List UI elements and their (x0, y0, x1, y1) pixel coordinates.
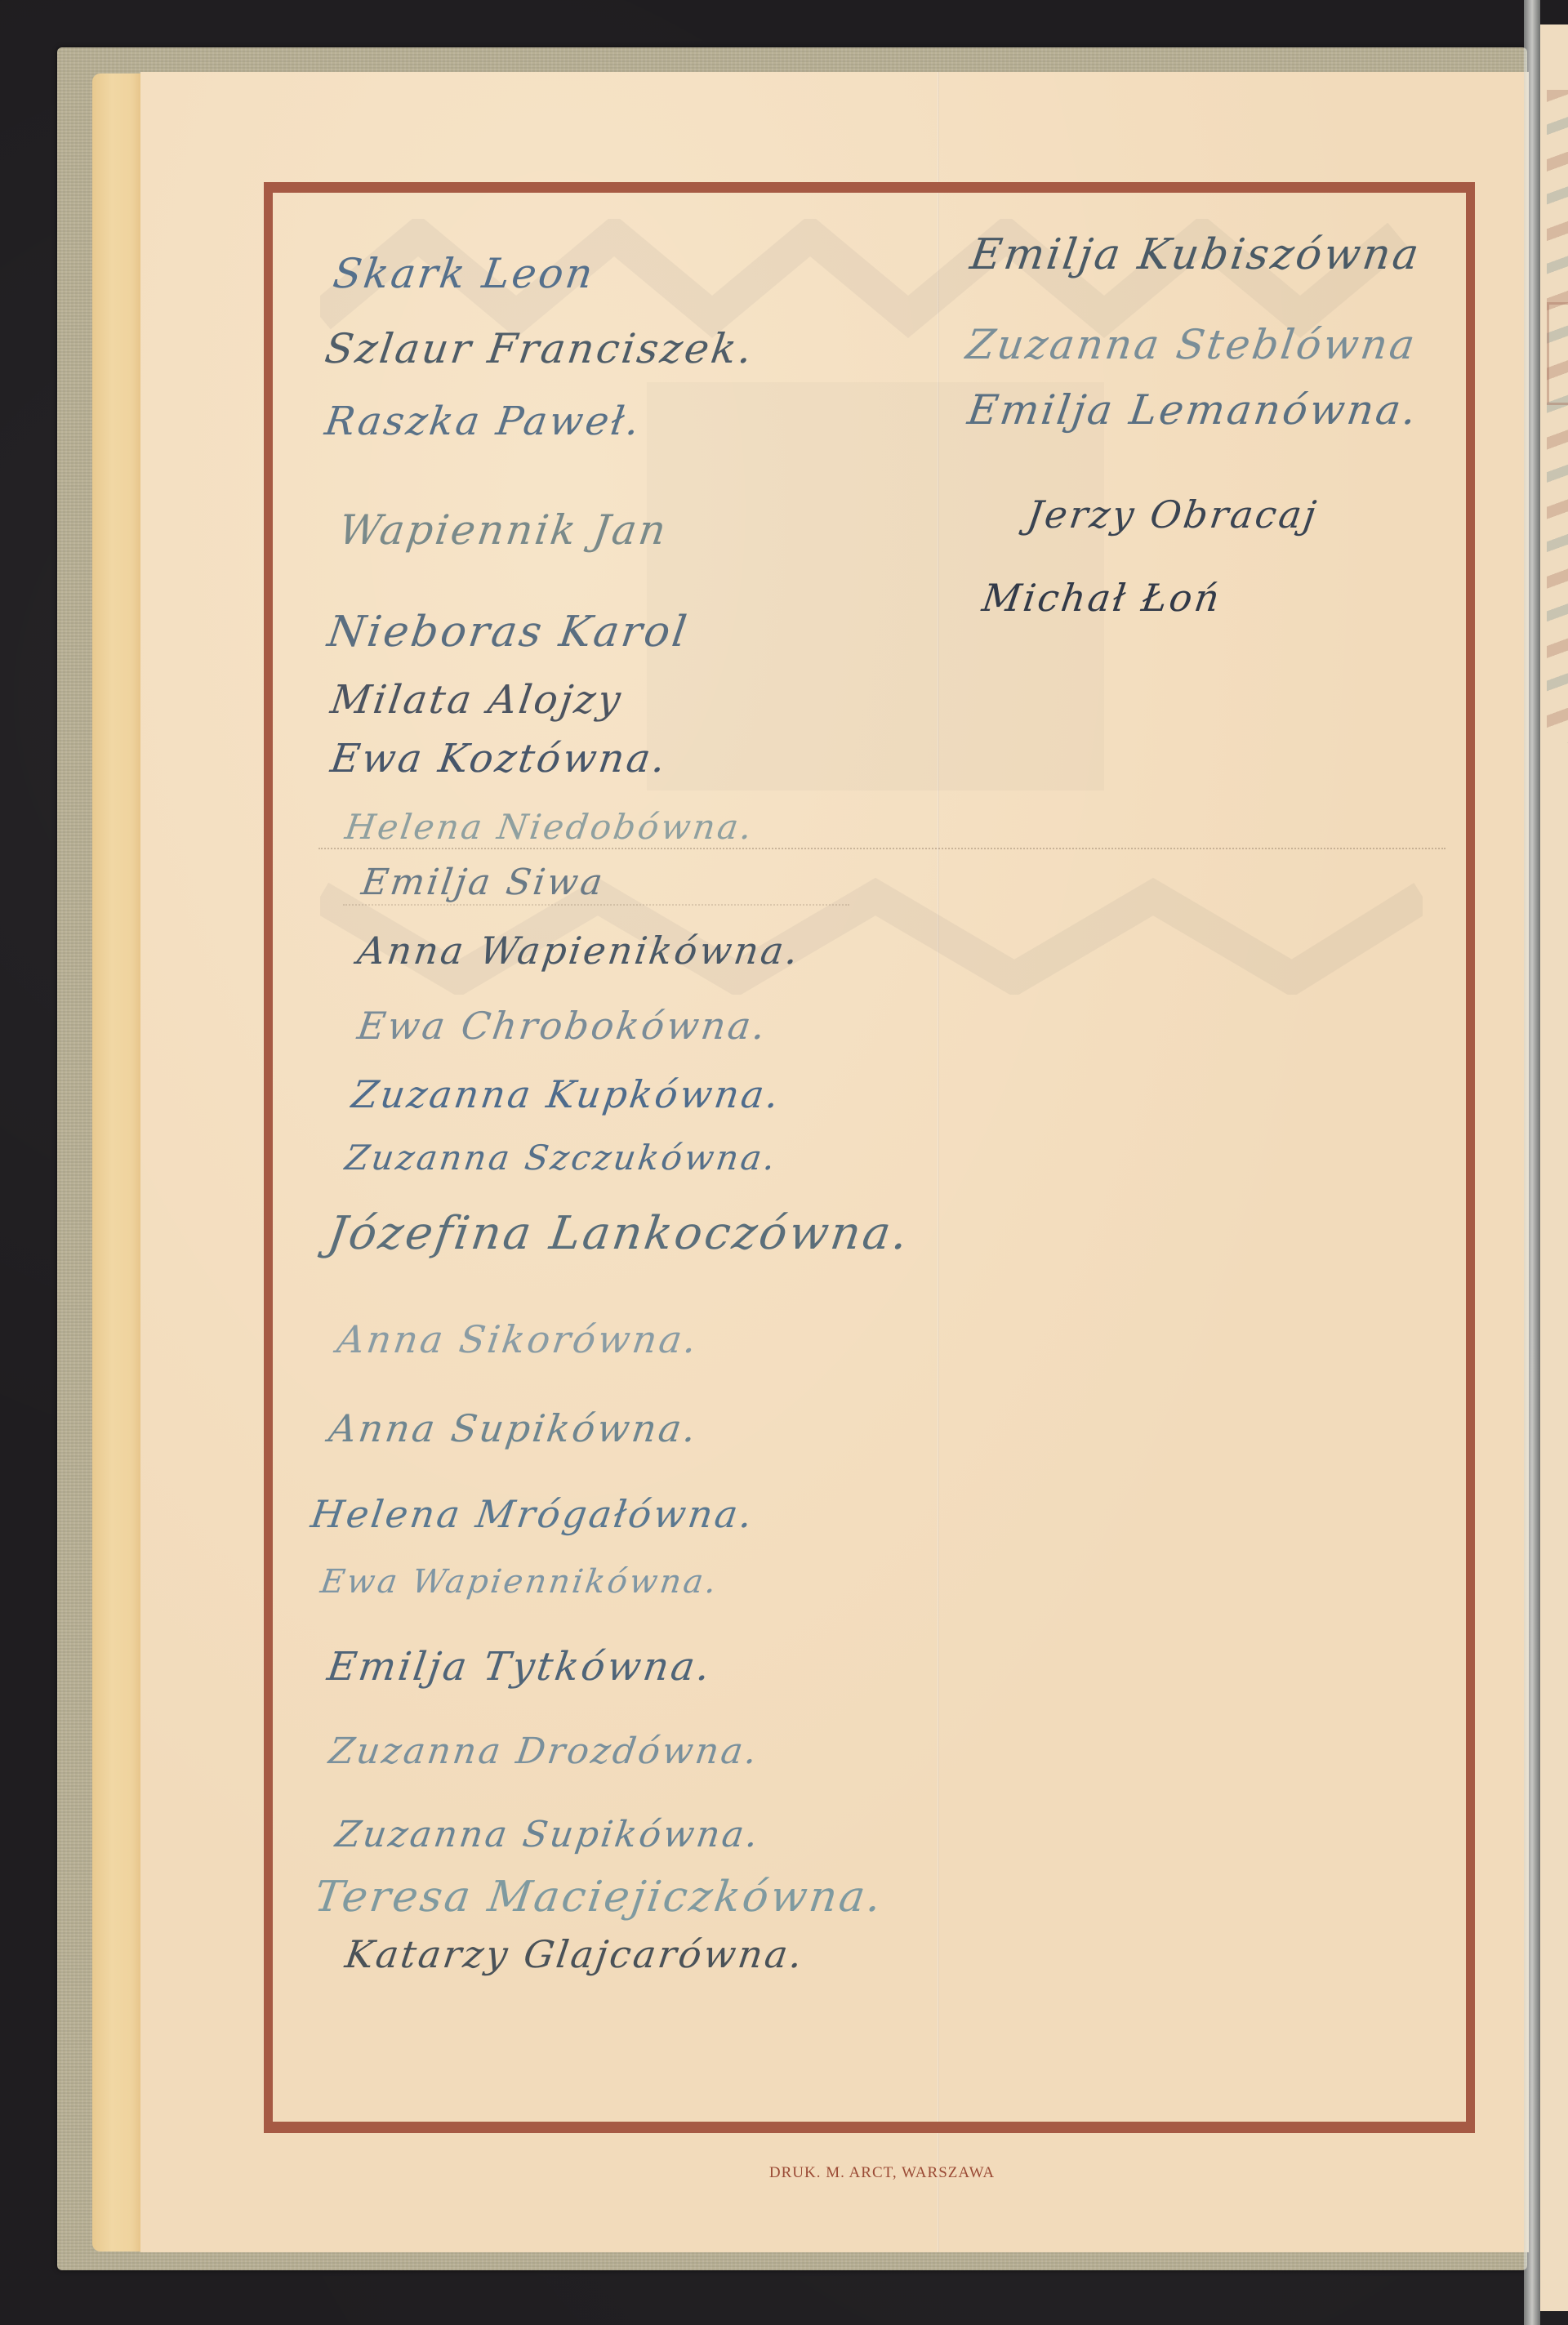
handwritten-name: Raszka Paweł. (323, 402, 644, 441)
adjacent-page-text-boxes (1547, 302, 1568, 405)
adjacent-page-ornament (1547, 90, 1568, 743)
handwritten-name: Emilja Siwa (359, 865, 607, 901)
handwritten-name: Zuzanna Steblówna (964, 324, 1419, 365)
handwritten-name: Zuzanna Drozdówna. (327, 1734, 761, 1770)
handwritten-name: Skark Leon (331, 253, 598, 294)
handwritten-name: Szlaur Franciszek. (323, 328, 757, 369)
page-edges (92, 73, 141, 2252)
handwritten-name: Anna Sikorówna. (335, 1321, 702, 1358)
handwritten-name: Emilja Tytkówna. (325, 1647, 715, 1686)
handwritten-name: Jerzy Obracaj (1025, 496, 1321, 533)
handwritten-name: Nieboras Karol (325, 611, 692, 653)
handwritten-name: Emilja Kubiszówna (968, 234, 1423, 276)
book-gutter (1524, 0, 1540, 2325)
handwritten-name: Anna Supikówna. (327, 1410, 701, 1447)
handwritten-name: Katarzy Glajcarówna. (343, 1935, 807, 1973)
handwritten-name: Ewa Wapiennikówna. (318, 1566, 720, 1598)
handwritten-name: Wapiennik Jan (336, 510, 670, 550)
handwritten-name: Zuzanna Supikówna. (333, 1817, 762, 1853)
handwritten-name: Milata Alojzy (328, 680, 626, 719)
adjacent-page-edge (1540, 24, 1568, 2311)
handwritten-name: Ewa Koztówna. (328, 739, 670, 778)
handwritten-name: Anna Wapienikówna. (355, 932, 803, 969)
printer-imprint: DRUK. M. ARCT, WARSZAWA (0, 2164, 1568, 2182)
handwritten-name: Zuzanna Kupkówna. (350, 1076, 783, 1113)
handwritten-name: Emilja Lemanówna. (965, 390, 1421, 430)
handwritten-name: Zuzanna Szczukówna. (343, 1141, 780, 1175)
handwritten-name: Józefina Lankoczówna. (325, 1211, 913, 1257)
handwritten-name: Ewa Chrobokówna. (355, 1007, 770, 1044)
handwritten-name: Helena Mrógałówna. (309, 1495, 757, 1533)
handwritten-name: Teresa Maciejiczkówna. (312, 1876, 886, 1918)
handwritten-name: Helena Niedobówna. (343, 810, 756, 844)
handwritten-name: Michał Łoń (980, 579, 1224, 617)
